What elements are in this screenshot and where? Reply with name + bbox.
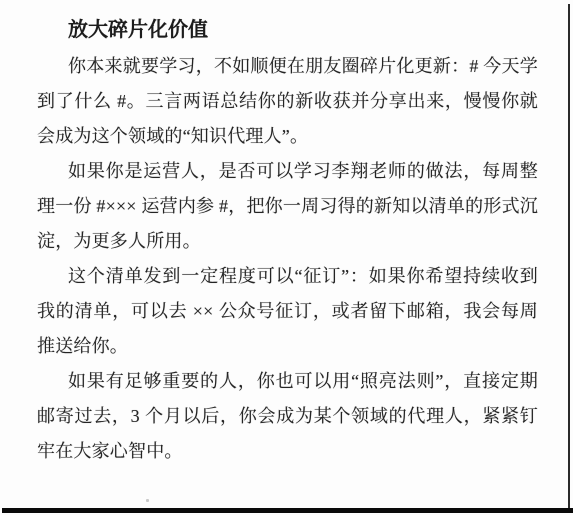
paragraph: 这个清单发到一定程度可以“征订”：如果你希望持续收到我的清单，可以去 ×× 公众… [37,259,538,364]
scan-edge-bottom [2,508,573,513]
document-page: 放大碎片化价值 你本来就要学习，不如顺便在朋友圈碎片化更新：# 今天学到了什么 … [0,0,573,515]
paragraph: 如果你是运营人，是否可以学习李翔老师的做法，每周整理一份 #××× 运营内参 #… [37,154,538,259]
scan-edge-right [568,4,570,512]
dust-speck [146,499,149,502]
text-block: 放大碎片化价值 你本来就要学习，不如顺便在朋友圈碎片化更新：# 今天学到了什么 … [37,12,538,469]
paragraph: 你本来就要学习，不如顺便在朋友圈碎片化更新：# 今天学到了什么 #。三言两语总结… [37,49,538,154]
page-title: 放大碎片化价值 [37,12,538,49]
paragraph: 如果有足够重要的人，你也可以用“照亮法则”，直接定期邮寄过去，3 个月以后，你会… [37,364,538,469]
